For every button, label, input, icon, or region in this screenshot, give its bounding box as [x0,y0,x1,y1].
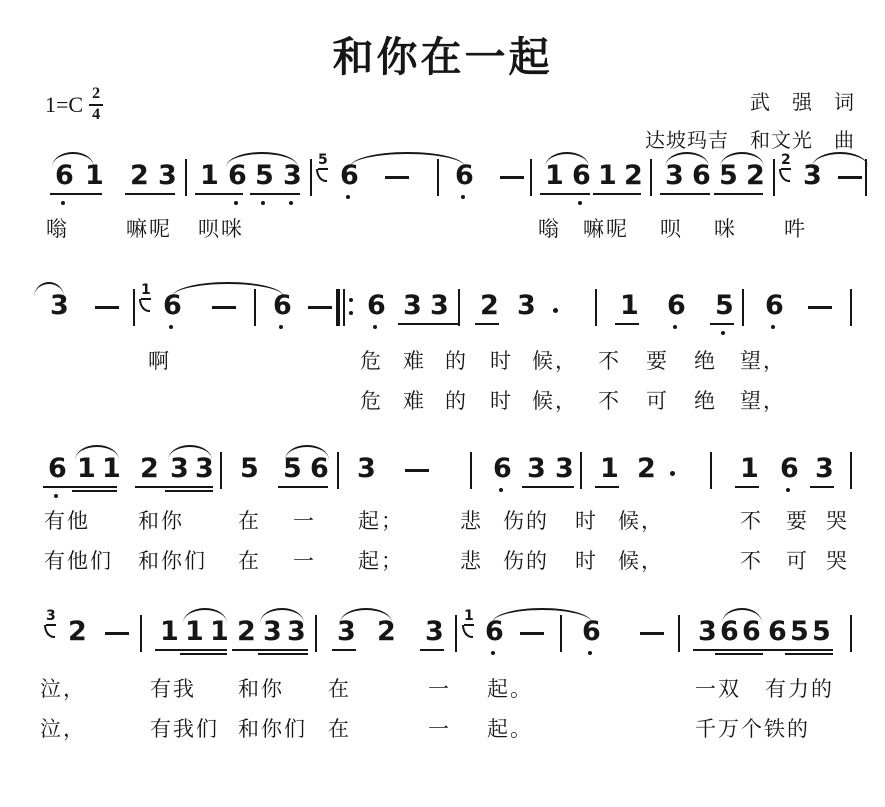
duration-dash [838,176,862,179]
lyric-syllable-v1: 和你 [238,678,284,702]
lyric-syllable-v1: 不 [598,350,621,374]
low-octave-dot [786,488,790,492]
note-number: 5 [790,618,809,646]
lyric-syllable-v1: 在 [328,678,351,702]
sheet-music-page: 和你在一起 1=C24 武 强 词 达坡玛吉 和文光 曲 61231653661… [0,0,885,807]
lyric-syllable-v1: 呗 [660,218,683,242]
barline [850,289,852,326]
augmentation-dot [553,308,558,313]
slur-tie-arc [545,152,589,167]
beam-underline [693,649,763,651]
slur-tie-arc [720,152,764,167]
low-octave-dot [771,325,775,329]
lyricist-credit: 武 强 词 [750,86,855,115]
lyric-syllable-v1: 起； [358,510,404,534]
beam-underline [165,490,213,492]
beam-underline [810,486,834,488]
note-number: 6 [768,618,787,646]
low-octave-dot [588,651,592,655]
low-octave-dot [54,494,58,498]
grace-note: 5 [318,153,328,170]
slur-tie-arc [75,445,119,460]
beam-underline [232,649,308,651]
beam-underline [72,490,117,492]
barline [315,615,317,652]
lyric-syllable-v1: 嘛呢 [583,218,629,242]
lyric-syllable-v2: 泣， [40,718,86,742]
note-number: 3 [430,292,449,320]
slur-tie-arc [168,445,212,460]
beam-underline [593,193,641,195]
lyric-syllable-v2: 望， [740,390,786,414]
note-number: 6 [667,292,686,320]
note-number: 2 [637,455,656,483]
meter-denominator: 4 [89,106,103,124]
note-number: 2 [237,618,256,646]
low-octave-dot [373,325,377,329]
lyric-syllable-v2: 千万个铁的 [695,718,810,742]
note-number: 6 [48,455,67,483]
key-signature: 1=C24 [45,86,103,124]
note-number: 5 [812,618,831,646]
note-number: 3 [517,292,536,320]
lyric-syllable-v2: 有他们 [44,550,113,574]
beam-underline [595,486,619,488]
barline [470,452,472,489]
music-system-2: 3666332316561啊危难的时候，不要绝望，危难的时候，不可绝望， [0,292,885,432]
duration-dash [520,632,544,635]
slur-tie-arc [183,608,227,623]
low-octave-dot [346,195,350,199]
lyric-syllable-v1: 起。 [487,678,533,702]
duration-dash [808,306,832,309]
low-octave-dot [279,325,283,329]
note-number: 2 [480,292,499,320]
low-octave-dot [61,201,65,205]
duration-dash [640,632,664,635]
note-number: 3 [403,292,422,320]
note-number: 2 [624,162,643,190]
beam-underline [735,486,759,488]
lyric-syllable-v2: 伤的 [503,550,549,574]
low-octave-dot [261,201,265,205]
slur-tie-arc [665,152,709,167]
note-number: 6 [367,292,386,320]
lyric-syllable-v2: 一 [428,718,451,742]
beam-underline [250,193,300,195]
music-system-1: 612316536616123652352嗡嘛呢呗咪嗡嘛呢呗咪吽 [0,162,885,302]
slur-tie-arc [285,445,329,460]
beam-underline [710,323,734,325]
beam-underline [258,653,308,655]
music-system-3: 611233556363312163有他和你在一起；悲伤的时候，不要哭有他们和你… [0,455,885,595]
barline [140,615,142,652]
note-number: 5 [715,292,734,320]
slur-tie-arc [340,608,392,623]
barline [710,452,712,489]
barline [337,452,339,489]
beam-underline [50,193,102,195]
lyric-syllable-v2: 难 [403,390,426,414]
beam-underline [763,649,833,651]
grace-note: 1 [464,609,474,626]
repeat-dot [349,311,353,315]
note-number: 2 [130,162,149,190]
lyric-syllable-v1: 绝 [694,350,717,374]
barline [678,615,680,652]
barline [850,452,852,489]
low-octave-dot [169,325,173,329]
slur-tie-arc [722,608,762,623]
barline [580,452,582,489]
note-number: 3 [357,455,376,483]
low-octave-dot [673,325,677,329]
lyric-syllable-v2: 候， [532,390,578,414]
lyric-syllable-v1: 吽 [784,218,807,242]
beam-underline [180,653,227,655]
song-title: 和你在一起 [0,24,885,83]
lyric-syllable-v2: 可 [786,550,809,574]
barline [595,289,597,326]
time-signature: 24 [89,86,103,124]
lyric-syllable-v1: 啊 [148,350,171,374]
beam-underline [522,486,574,488]
slur-tie-arc [492,608,592,623]
lyric-syllable-v1: 不 [740,510,763,534]
duration-dash [95,306,119,309]
repeat-thick-bar [336,289,340,326]
beam-underline [398,323,458,325]
grace-note-hook [44,625,55,638]
lyric-syllable-v1: 要 [646,350,669,374]
grace-note-hook [139,299,150,312]
note-number: 5 [240,455,259,483]
grace-note: 1 [141,283,151,300]
lyric-syllable-v2: 在 [238,550,261,574]
lyric-syllable-v1: 候， [532,350,578,374]
lyric-syllable-v1: 一 [293,510,316,534]
beam-underline [43,486,117,488]
lyric-syllable-v1: 难 [403,350,426,374]
beam-underline [715,653,763,655]
lyric-syllable-v1: 时 [575,510,598,534]
grace-note: 2 [781,153,791,170]
beam-underline [615,323,639,325]
beam-underline [195,193,243,195]
slur-tie-arc [260,608,304,623]
beam-underline [125,193,175,195]
note-number: 3 [555,455,574,483]
lyric-syllable-v1: 嗡 [538,218,561,242]
low-octave-dot [721,331,725,335]
note-number: 3 [815,455,834,483]
lyric-syllable-v2: 绝 [694,390,717,414]
note-number: 3 [158,162,177,190]
note-number: 6 [780,455,799,483]
barline [530,159,532,196]
barline [850,615,852,652]
note-number: 1 [740,455,759,483]
lyric-syllable-v1: 嗡 [46,218,69,242]
lyric-syllable-v1: 悲 [460,510,483,534]
composer-credit: 达坡玛吉 和文光 曲 [645,124,855,153]
lyric-syllable-v1: 呗咪 [198,218,244,242]
note-number: 1 [160,618,179,646]
repeat-thin-bar [343,289,345,326]
lyric-syllable-v1: 望， [740,350,786,374]
lyric-syllable-v2: 和你们 [138,550,207,574]
lyric-syllable-v1: 要 [786,510,809,534]
note-number: 3 [527,455,546,483]
lyric-syllable-v2: 悲 [460,550,483,574]
beam-underline [714,193,763,195]
note-number: 2 [140,455,159,483]
barline [310,159,312,196]
lyric-syllable-v1: 候， [618,510,664,534]
augmentation-dot [670,471,675,476]
lyric-syllable-v1: 泣， [40,678,86,702]
duration-dash [405,469,429,472]
note-number: 1 [200,162,219,190]
beam-underline [475,323,499,325]
low-octave-dot [491,651,495,655]
lyric-syllable-v2: 一 [293,550,316,574]
low-octave-dot [289,201,293,205]
duration-dash [105,632,129,635]
barline [185,159,187,196]
lyric-syllable-v1: 有他 [44,510,90,534]
key-label: 1=C [45,92,83,118]
lyric-syllable-v2: 在 [328,718,351,742]
beam-underline [155,649,227,651]
note-number: 6 [493,455,512,483]
lyric-syllable-v1: 时 [490,350,513,374]
lyric-syllable-v2: 有我们 [150,718,219,742]
lyric-syllable-v1: 和你 [138,510,184,534]
lyric-syllable-v1: 的 [445,350,468,374]
slur-tie-arc [52,152,94,167]
note-number: 3 [425,618,444,646]
repeat-dot [349,298,353,302]
lyric-syllable-v2: 不 [740,550,763,574]
note-number: 3 [698,618,717,646]
beam-underline [278,486,328,488]
duration-dash [385,176,409,179]
low-octave-dot [461,195,465,199]
lyric-syllable-v1: 一 [428,678,451,702]
grace-note-hook [316,169,327,182]
note-number: 1 [598,162,617,190]
note-number: 6 [765,292,784,320]
lyric-syllable-v2: 和你们 [238,718,307,742]
barline [133,289,135,326]
beam-underline [785,653,833,655]
low-octave-dot [578,201,582,205]
lyric-syllable-v2: 可 [646,390,669,414]
lyric-syllable-v2: 时 [575,550,598,574]
beam-underline [540,193,590,195]
barline [458,289,460,326]
barline [455,615,457,652]
beam-underline [135,486,213,488]
lyric-syllable-v1: 有我 [150,678,196,702]
grace-note: 3 [46,609,56,626]
low-octave-dot [234,201,238,205]
note-number: 2 [68,618,87,646]
beam-underline [332,649,356,651]
low-octave-dot [499,488,503,492]
lyric-syllable-v1: 一双 [695,678,741,702]
lyric-syllable-v1: 有力的 [765,678,834,702]
slur-tie-arc [812,152,868,167]
lyric-syllable-v2: 危 [360,390,383,414]
duration-dash [212,306,236,309]
lyric-syllable-v1: 咪 [714,218,737,242]
slur-tie-arc [350,152,465,167]
beam-underline [420,649,444,651]
slur-tie-arc [226,152,298,167]
barline [742,289,744,326]
lyric-syllable-v1: 嘛呢 [126,218,172,242]
lyric-syllable-v2: 起； [358,550,404,574]
lyric-syllable-v2: 时 [490,390,513,414]
lyric-syllable-v2: 候， [618,550,664,574]
meter-numerator: 2 [89,86,103,106]
note-number: 1 [600,455,619,483]
lyric-syllable-v1: 在 [238,510,261,534]
grace-note-hook [462,625,473,638]
barline [650,159,652,196]
music-system-4: 21112333236636665531泣，有我和你在一起。一双有力的泣，有我们… [0,618,885,758]
duration-dash [500,176,524,179]
lyric-syllable-v1: 哭 [826,510,849,534]
grace-note-hook [779,169,790,182]
lyric-syllable-v2: 不 [598,390,621,414]
lyric-syllable-v1: 危 [360,350,383,374]
duration-dash [308,306,332,309]
barline [220,452,222,489]
lyric-syllable-v2: 起。 [487,718,533,742]
barline [773,159,775,196]
beam-underline [660,193,710,195]
note-number: 1 [620,292,639,320]
lyric-syllable-v2: 的 [445,390,468,414]
lyric-syllable-v1: 伤的 [503,510,549,534]
lyric-syllable-v2: 哭 [826,550,849,574]
